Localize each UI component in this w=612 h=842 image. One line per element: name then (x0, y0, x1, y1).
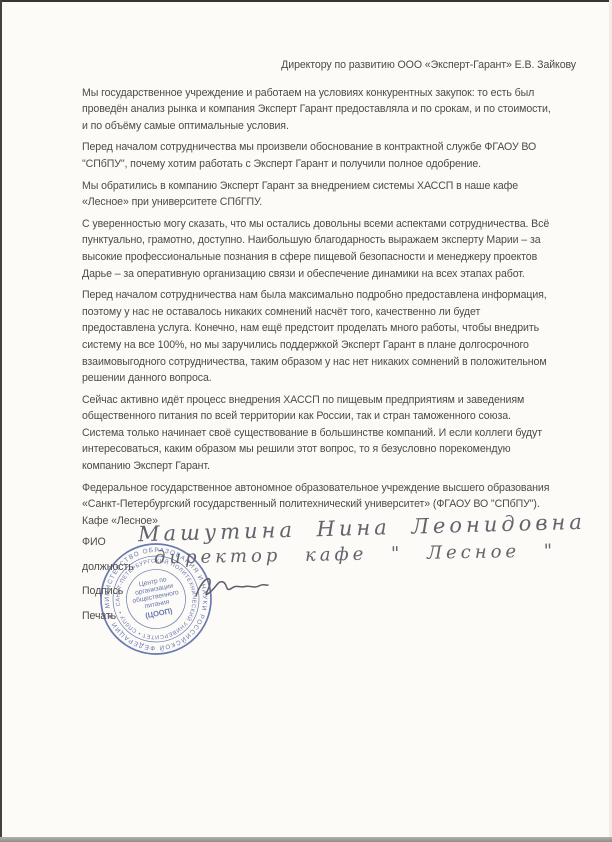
scan-edge-bottom (0, 837, 612, 842)
fio-label: ФИО (82, 536, 106, 548)
paragraph-6: Сейчас активно идёт процесс внедрения ХА… (82, 392, 552, 475)
signature-label: Подпись (82, 585, 123, 597)
paragraph-2: Перед началом сотрудничества мы произвел… (82, 139, 552, 172)
scanned-letter-page: Директору по развитию ООО «Эксперт-Гаран… (0, 0, 612, 842)
paragraph-3: Мы обратились в компанию Эксперт Гарант … (82, 178, 552, 211)
paragraph-1: Мы государственное учреждение и работаем… (82, 85, 552, 135)
stamp-label: Печать (82, 610, 116, 622)
paragraph-4: С уверенностью могу сказать, что мы оста… (82, 216, 552, 282)
recipient-line: Директору по развитию ООО «Эксперт-Гаран… (82, 57, 576, 74)
paragraph-5: Перед началом сотрудничества нам была ма… (82, 287, 552, 387)
signature-block: ФИО должность Подпись Печать Машутина Ни… (82, 534, 552, 632)
letter-body: Директору по развитию ООО «Эксперт-Гаран… (0, 0, 612, 632)
signature-row: Подпись (82, 583, 552, 608)
handwritten-signature (194, 574, 270, 604)
stamp-row: Печать (82, 608, 552, 633)
position-label: должность (82, 561, 134, 573)
